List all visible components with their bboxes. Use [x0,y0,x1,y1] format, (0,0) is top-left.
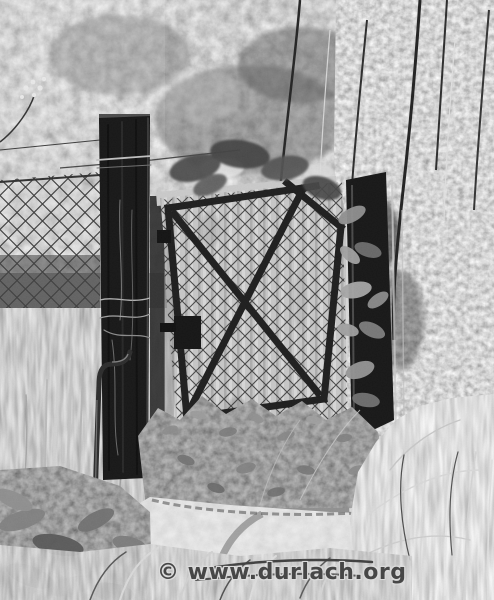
photograph: © www.durlach.org [0,0,494,600]
film-grain [0,0,494,600]
watermark-text: © www.durlach.org [157,560,407,585]
photo-scene [0,0,494,600]
watermark: © www.durlach.org [157,560,407,585]
